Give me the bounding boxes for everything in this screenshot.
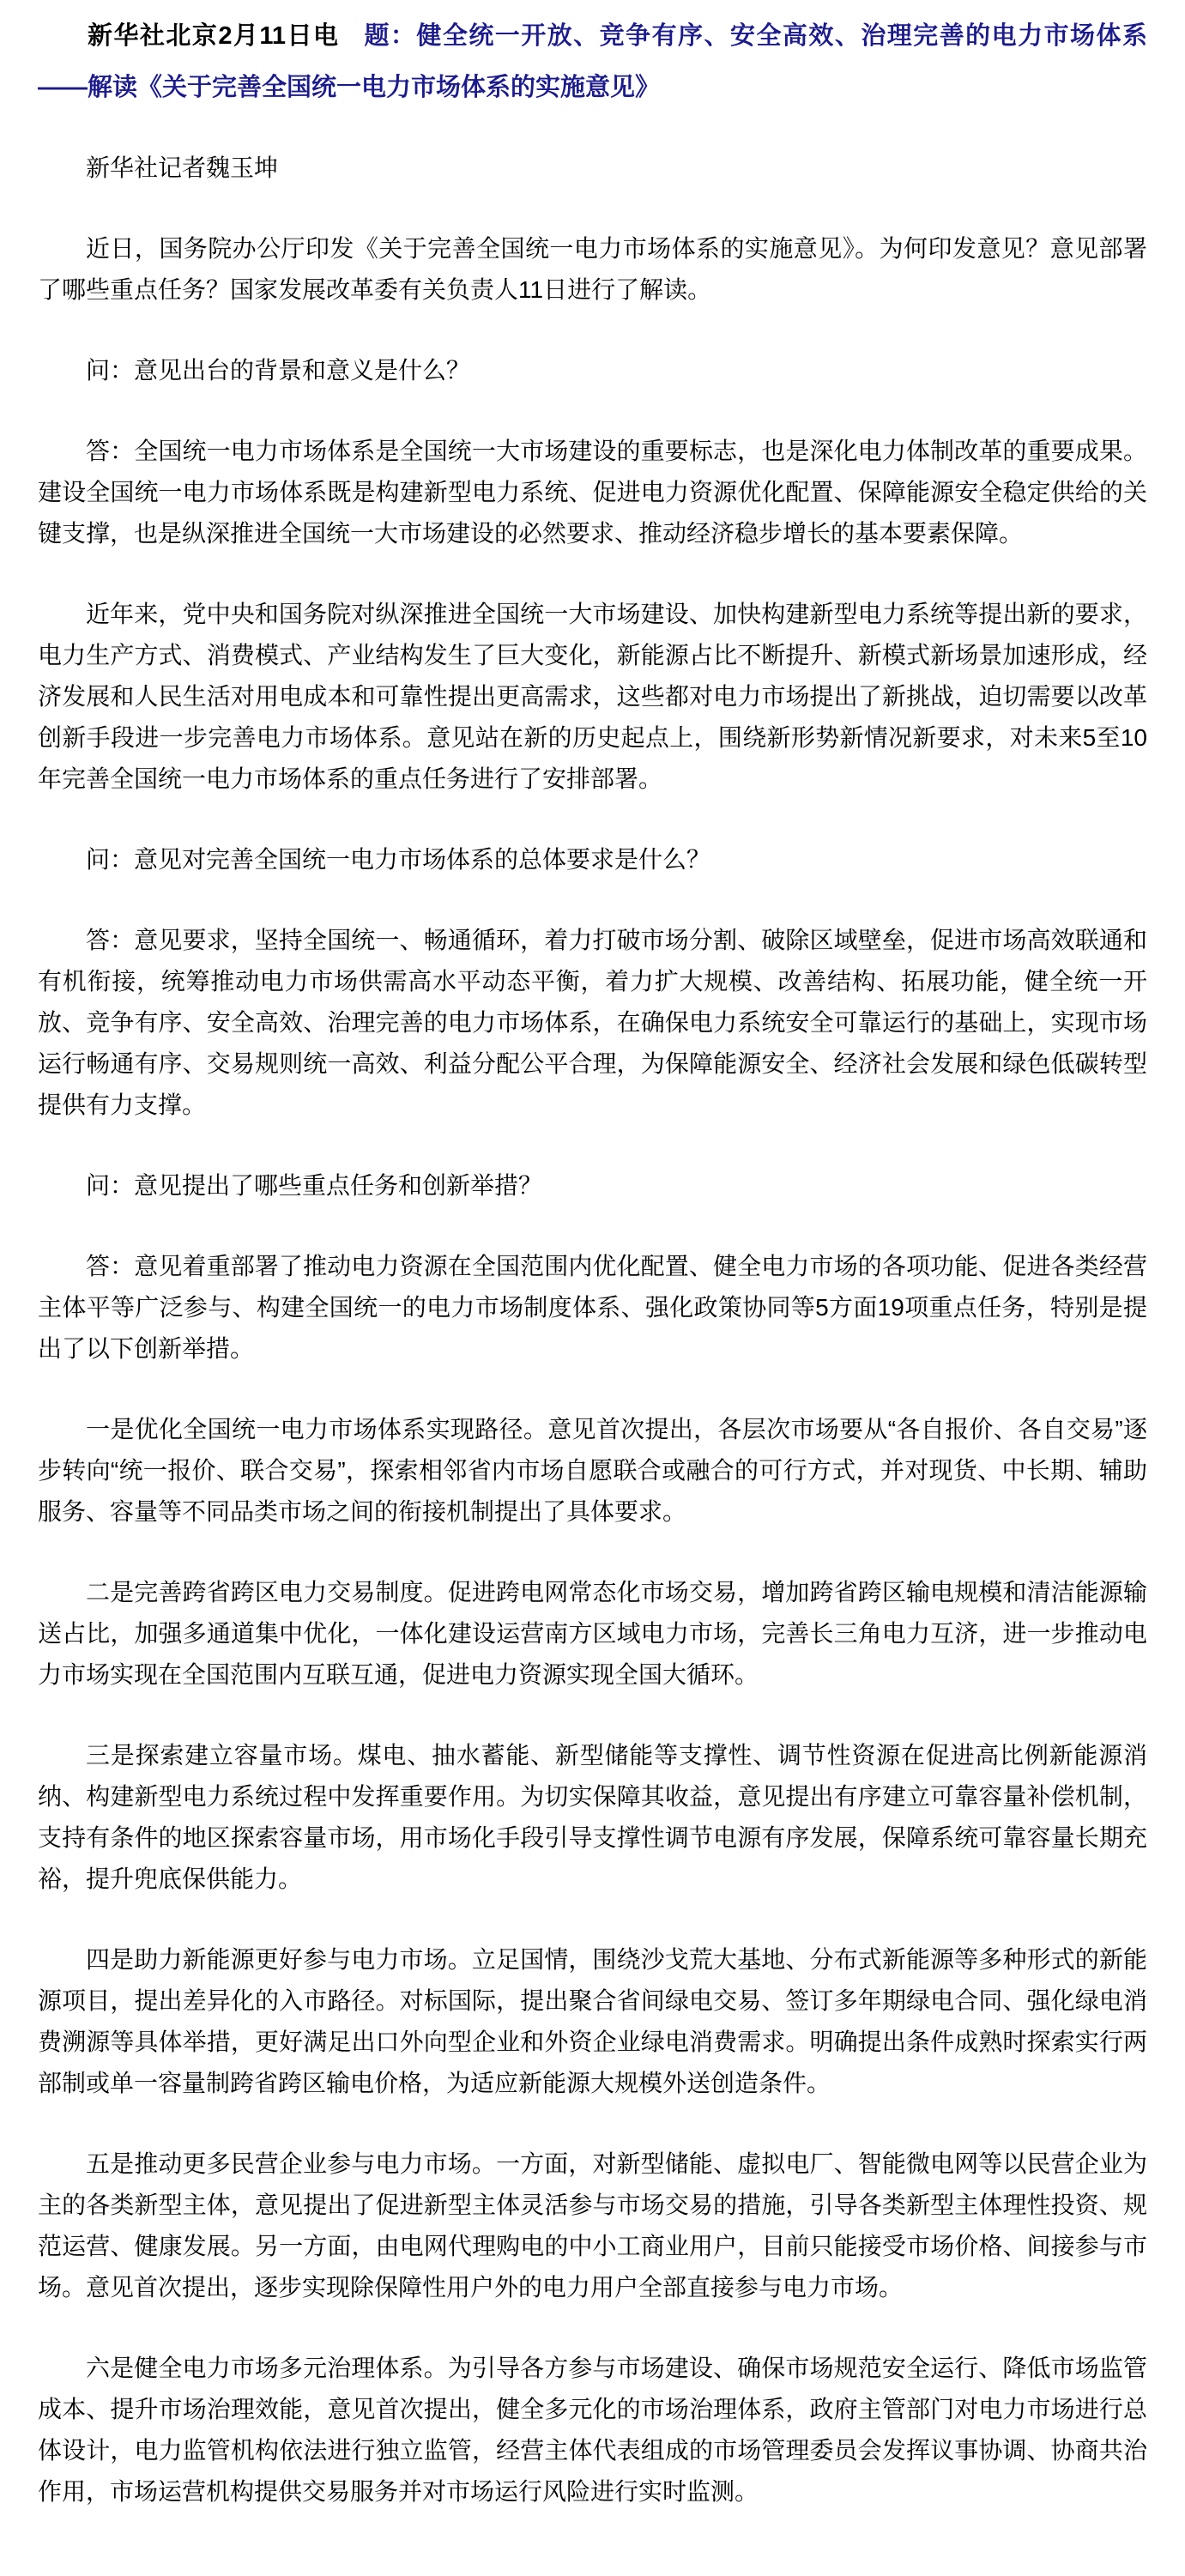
paragraph: 近年来，党中央和国务院对纵深推进全国统一大市场建设、加快构建新型电力系统等提出新… [38, 594, 1147, 800]
paragraph: 二是完善跨省跨区电力交易制度。促进跨电网常态化市场交易，增加跨省跨区输电规模和清… [38, 1572, 1147, 1696]
paragraph: 五是推动更多民营企业参与电力市场。一方面，对新型储能、虚拟电厂、智能微电网等以民… [38, 2144, 1147, 2308]
paragraph: 问：意见提出了哪些重点任务和创新举措？ [38, 1165, 1147, 1206]
paragraph: 答：意见要求，坚持全国统一、畅通循环，着力打破市场分割、破除区域壁垒，促进市场高… [38, 920, 1147, 1126]
dateline: 新华社北京2月11日电 [88, 22, 339, 50]
article: 新华社北京2月11日电题：健全统一开放、竞争有序、安全高效、治理完善的电力市场体… [0, 0, 1185, 2576]
article-body: 近日，国务院办公厅印发《关于完善全国统一电力市场体系的实施意见》。为何印发意见？… [38, 228, 1147, 2513]
paragraph: 近日，国务院办公厅印发《关于完善全国统一电力市场体系的实施意见》。为何印发意见？… [38, 228, 1147, 311]
paragraph: 一是优化全国统一电力市场体系实现路径。意见首次提出，各层次市场要从“各自报价、各… [38, 1409, 1147, 1533]
paragraph: 问：意见对完善全国统一电力市场体系的总体要求是什么？ [38, 839, 1147, 880]
paragraph: 问：意见出台的背景和意义是什么？ [38, 350, 1147, 391]
paragraph: 答：全国统一电力市场体系是全国统一大市场建设的重要标志，也是深化电力体制改革的重… [38, 431, 1147, 554]
paragraph: 答：意见着重部署了推动电力资源在全国范围内优化配置、健全电力市场的各项功能、促进… [38, 1246, 1147, 1370]
paragraph: 三是探索建立容量市场。煤电、抽水蓄能、新型储能等支撑性、调节性资源在促进高比例新… [38, 1735, 1147, 1900]
article-headline: 新华社北京2月11日电题：健全统一开放、竞争有序、安全高效、治理完善的电力市场体… [38, 10, 1147, 113]
paragraph: 四是助力新能源更好参与电力市场。立足国情，围绕沙戈荒大基地、分布式新能源等多种形… [38, 1939, 1147, 2104]
paragraph: 六是健全电力市场多元治理体系。为引导各方参与市场建设、确保市场规范安全运行、降低… [38, 2348, 1147, 2513]
byline: 新华社记者魏玉坤 [38, 148, 1147, 189]
